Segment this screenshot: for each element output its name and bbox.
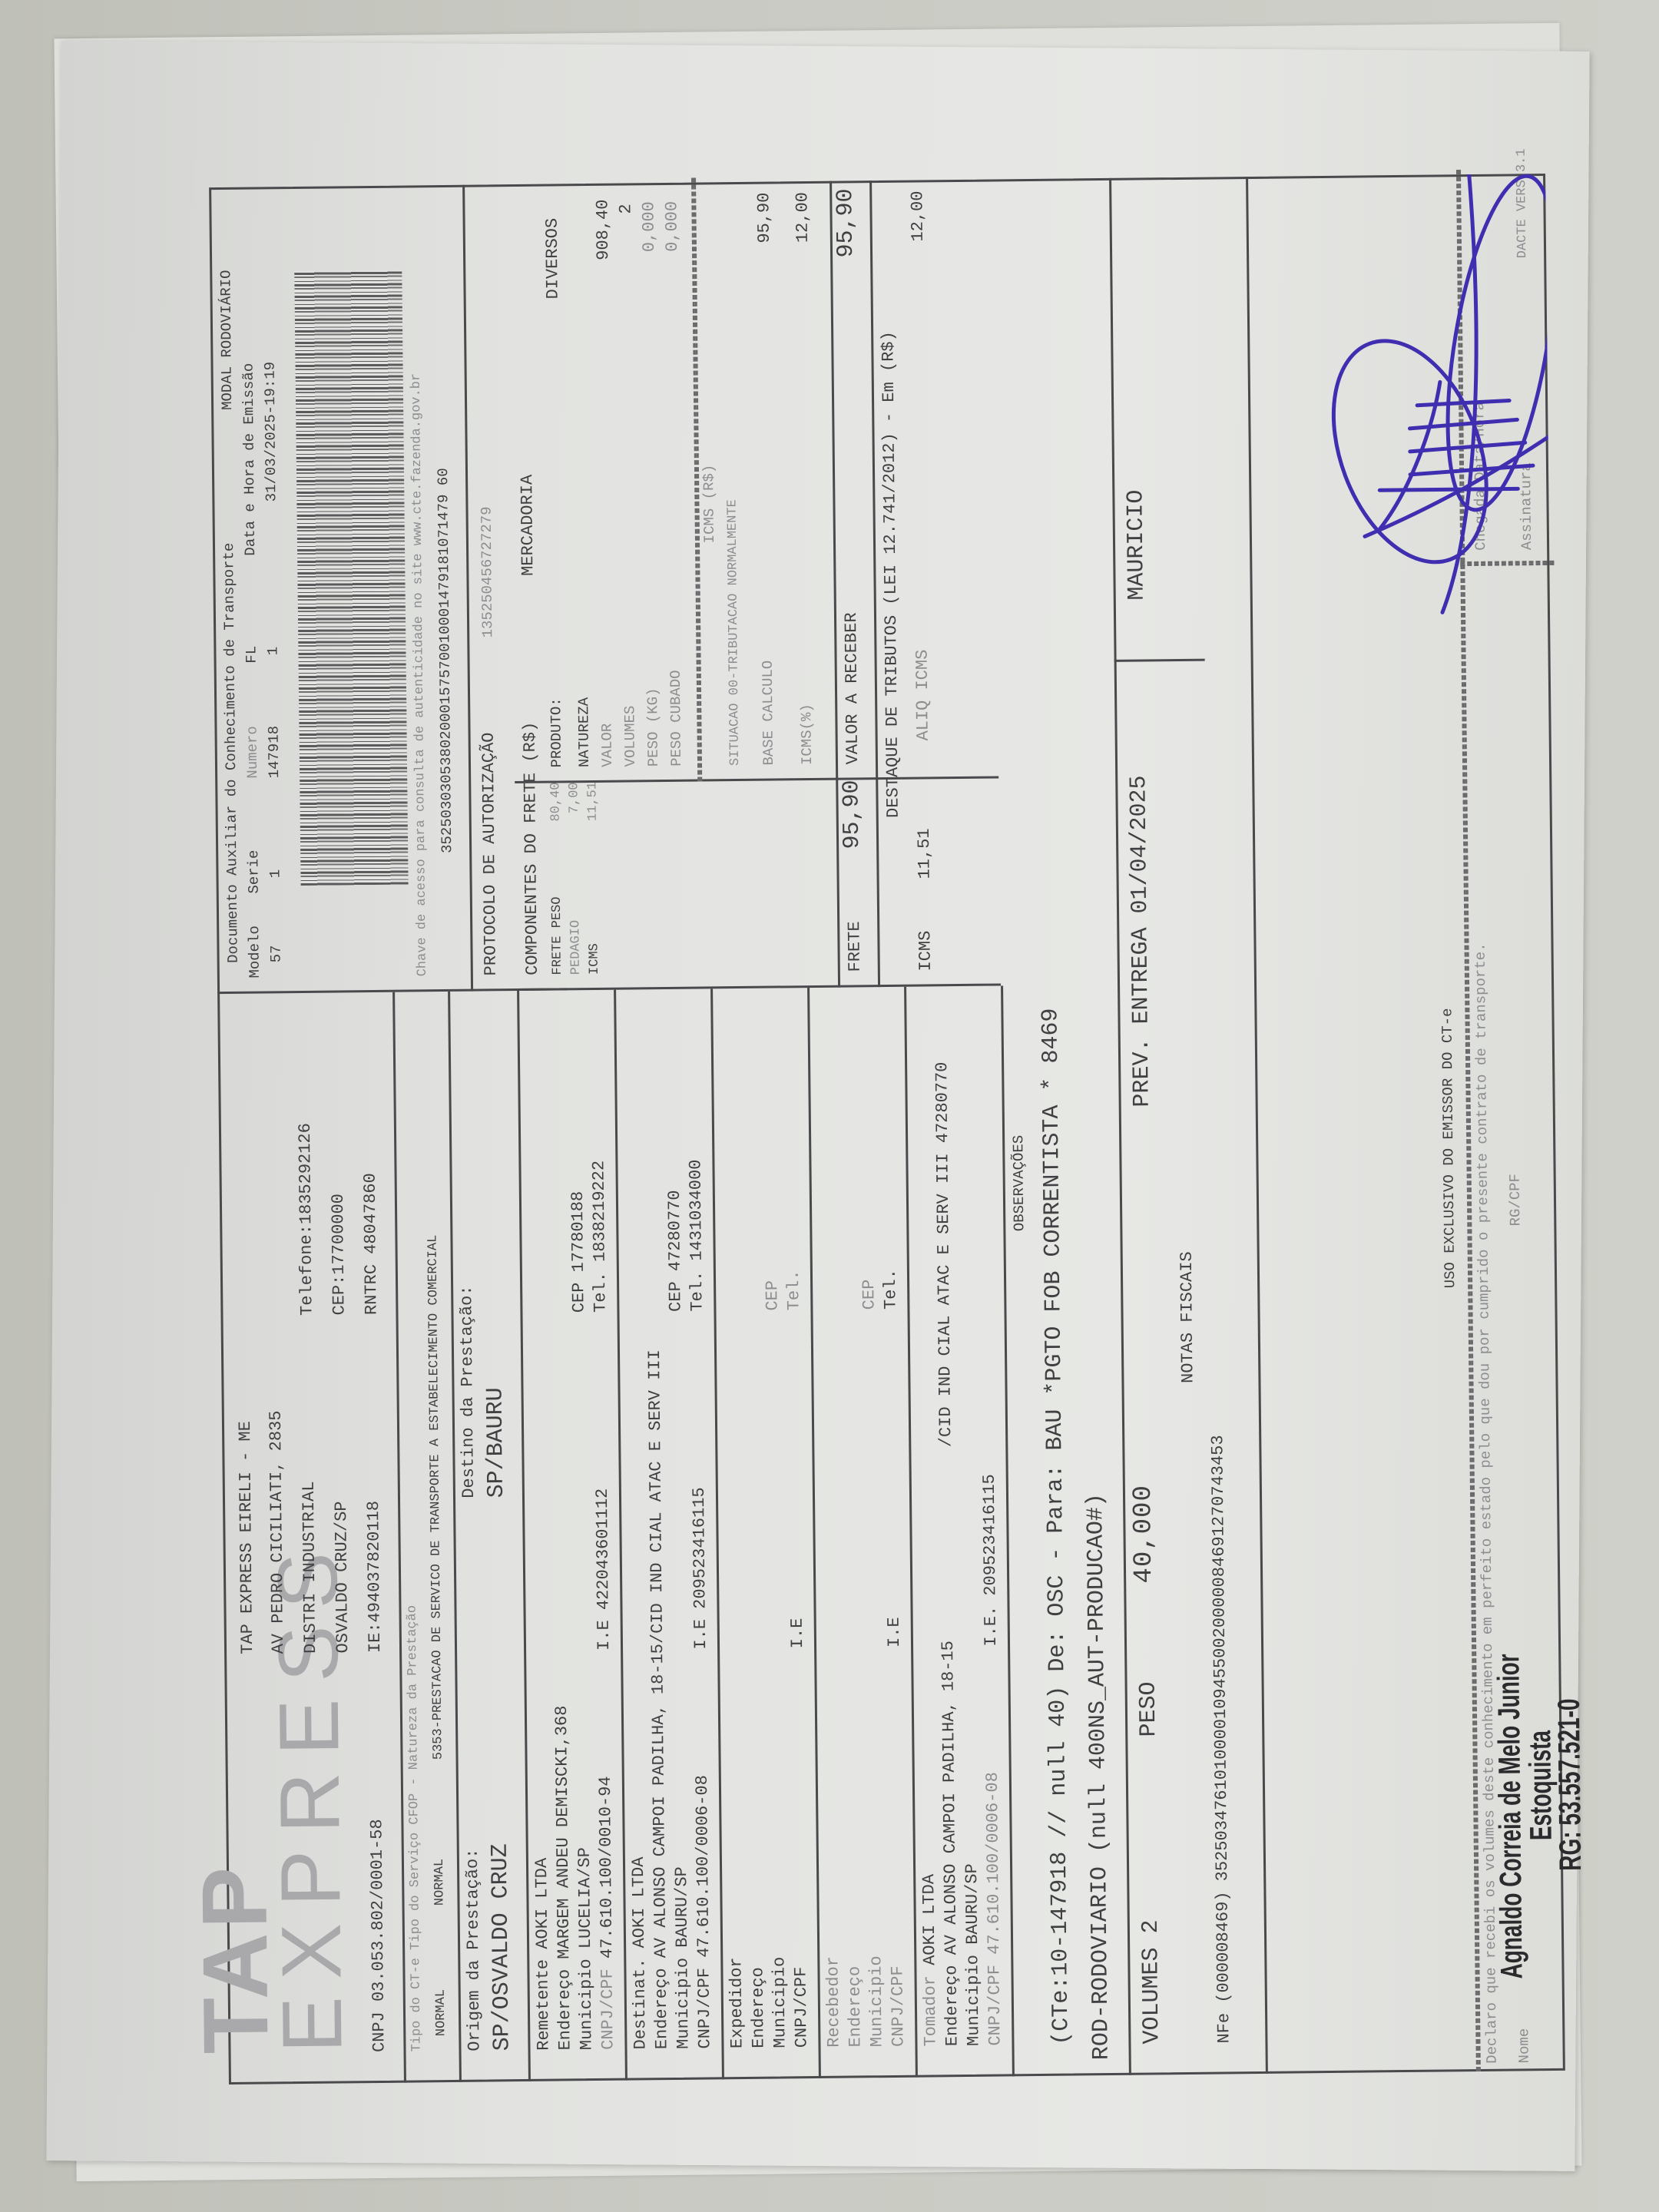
cte-type: NORMAL — [434, 1989, 449, 2036]
uso-exclusivo-label: USO EXCLUSIVO DO EMISSOR DO CT-e — [1439, 1008, 1459, 1288]
tomador-cnpj: 47.610.100/0006-08 — [983, 1772, 1004, 1955]
recebedor-label: Recebedor — [823, 1956, 843, 2048]
value-data-emissao: 31/03/2025-19:19 — [261, 362, 280, 502]
prev-entrega-label: PREV. ENTREGA — [1128, 927, 1155, 1107]
remetente-ie: I.E 422043601112 — [593, 1488, 614, 1651]
barcode — [294, 270, 408, 886]
remetente-municipio-label: Municipio — [576, 1959, 596, 2050]
destinatario-endereco-label: Endereço — [651, 1968, 671, 2049]
valor-receber-value: 95,90 — [833, 188, 859, 257]
volumes-summary-value: 2 — [1138, 1919, 1164, 1933]
destinatario-label: Destinat. — [630, 1958, 650, 2049]
label-data-emissao: Data e Hora de Emissão — [240, 363, 260, 556]
destinatario-cnpj-label: CNPJ/CPF — [694, 1968, 714, 2049]
tomador-label: Tomador — [921, 1975, 941, 2047]
expedidor-endereco-label: Endereço — [748, 1967, 768, 2048]
peso-cubado-value: 0,000 — [662, 201, 682, 252]
peso-cubado-label: PESO CUBADO — [667, 670, 685, 767]
value-modelo: 57 — [267, 945, 284, 962]
destinatario-name: AOKI LTDA — [629, 1856, 649, 1948]
notas-title: NOTAS FISCAIS — [1177, 1251, 1198, 1383]
observacoes-title: OBSERVAÇÕES — [1010, 1135, 1028, 1232]
tomador-municipio: BAURU/SP — [962, 1863, 982, 1945]
icms-comp-label: ICMS — [587, 943, 601, 975]
tomador-endereco: AV ALONSO CAMPOI PADILHA, 18-15 — [939, 1641, 961, 1955]
frete-components-title: COMPONENTES DO FRETE (R$) — [520, 722, 541, 975]
peso-kg-label: PESO (KG) — [644, 687, 662, 767]
nome-label: Nome — [1515, 2028, 1532, 2064]
expedidor-tel: Tel. — [784, 1270, 804, 1310]
tomador-name: AOKI LTDA — [919, 1874, 939, 1965]
icms-situacao: SITUACAO 00-TRIBUTACAO NORMALMENTE — [725, 499, 743, 766]
expedidor-cnpj-label: CNPJ/CPF — [791, 1966, 811, 2048]
divider — [1460, 561, 1554, 566]
produto-label: PRODUTO: — [548, 697, 565, 767]
remetente-municipio: LUCELIA/SP — [575, 1847, 595, 1949]
responsavel: MAURICIO — [1123, 489, 1151, 600]
base-calculo-label: BASE CALCULO — [760, 661, 777, 766]
protocol-value: 135250456727279 — [478, 506, 496, 637]
label-serie: Serie — [245, 849, 263, 893]
destinatario-ie: I.E 209523416115 — [690, 1487, 710, 1649]
produto-value: DIVERSOS — [543, 218, 563, 300]
issuer-phone: Telefone:1835292126 — [296, 1123, 317, 1316]
frete-total-label: FRETE — [845, 921, 865, 972]
remetente-cep: CEP 17780188 — [568, 1191, 589, 1313]
dacte-document: TAP EXPRESS TAP EXPRESS EIRELI - ME AV P… — [209, 174, 1565, 2085]
logo-tap: TAP — [196, 1862, 275, 2054]
destinatario-cnpj: 47.610.100/0006-08 — [693, 1775, 714, 1958]
assinatura-label: Assinatura — [1518, 462, 1535, 550]
recebedor-ie: I.E — [885, 1617, 904, 1647]
issuer-district: DISTRI INDUSTRIAL — [300, 1481, 320, 1654]
remetente-tel: Tel. 1838219222 — [589, 1161, 610, 1313]
recebedor-tel: Tel. — [881, 1269, 901, 1310]
tomador-cnpj-label: CNPJ/CPF — [985, 1965, 1005, 2046]
tributos-aliq-label: ALIQ ICMS — [912, 650, 932, 741]
remetente-cnpj-label: CNPJ/CPF — [598, 1969, 618, 2050]
tomador-ie: I.E. 209523416115 — [980, 1474, 1001, 1647]
valor-value: 908,40 — [593, 199, 613, 260]
expedidor-label: Expedidor — [727, 1957, 747, 2048]
rg-cpf-label: RG/CPF — [1507, 1174, 1525, 1227]
service-type: NORMAL — [432, 1859, 448, 1906]
mercadoria-title: MERCADORIA — [518, 475, 538, 576]
issuer-name: TAP EXPRESS EIRELI - ME — [236, 1421, 257, 1654]
valor-label: VALOR — [598, 724, 616, 767]
tomador-endereco-label: Endereço — [942, 1965, 962, 2046]
peso-summary-label: PESO — [1136, 1681, 1163, 1737]
issuer-cep: CEP:17700000 — [329, 1194, 349, 1316]
icms-title: ICMS (R$) — [700, 465, 718, 544]
value-numero: 147918 — [265, 726, 283, 779]
origin-label: Origem da Prestação: — [463, 1849, 485, 2051]
frete-total-value: 95,90 — [839, 780, 866, 849]
destinatario-municipio-label: Municipio — [673, 1958, 693, 2049]
chegada-label: Chegada Data/Hora — [1471, 402, 1489, 551]
frete-peso-label: FRETE PESO — [550, 896, 565, 975]
remetente-cnpj: 47.610.100/0010-94 — [596, 1776, 617, 1959]
destinatario-municipio: BAURU/SP — [672, 1866, 692, 1948]
tomador-municipio-label: Municipio — [963, 1955, 983, 2046]
protocol-label: PROTOCOLO DE AUTORIZAÇÃO — [479, 732, 501, 975]
issuer-address: AV PEDRO CICILIATI, 2835 — [267, 1410, 288, 1654]
label-modelo: Modelo — [246, 926, 263, 979]
remetente-label: Remetente — [533, 1959, 553, 2051]
recebedor-cnpj-label: CNPJ/CPF — [888, 1965, 908, 2047]
dacte-version: DACTE VERS 3.1 — [1515, 148, 1530, 258]
issuer-city: OSVALDO CRUZ/SP — [332, 1501, 353, 1653]
valor-receber-label: VALOR A RECEBER — [842, 612, 863, 764]
volumes-label: VOLUMES — [621, 706, 639, 767]
destinatario-tel: Tel. 1431034000 — [686, 1159, 707, 1311]
destination-label: Destino da Prestação: — [457, 1285, 478, 1498]
icms-percent-label: ICMS(%) — [798, 704, 816, 765]
remetente-endereco: MARGEM ANDEU DEMISCKI,368 — [552, 1705, 574, 1959]
value-fl: 1 — [264, 647, 281, 656]
label-numero: Numero — [243, 726, 261, 779]
peso-summary-value: 40,000 — [1129, 1485, 1159, 1584]
label-fl: FL — [243, 646, 260, 664]
expedidor-municipio-label: Municipio — [770, 1957, 790, 2048]
icms-percent-value: 12,00 — [793, 192, 813, 243]
stamp-rg: RG: 53.557.521-0 — [1552, 1698, 1588, 1871]
tributos-icms-label: ICMS — [916, 931, 935, 972]
remetente-name: AOKI LTDA — [532, 1858, 552, 1949]
value-serie: 1 — [267, 869, 283, 879]
destination-value: SP/BAURU — [482, 1387, 510, 1498]
base-calculo-value: 95,90 — [754, 192, 774, 243]
pedagio-label: PEDAGIO — [568, 920, 584, 975]
tributos-aliq-value: 12,00 — [908, 190, 928, 241]
recebedor-endereco-label: Endereço — [845, 1966, 865, 2048]
issuer-rntrc: RNTRC 48047860 — [361, 1173, 382, 1315]
origin-value: SP/OSVALDO CRUZ — [488, 1843, 516, 2051]
volumes-summary-label: VOLUMES — [1138, 1947, 1165, 2044]
expedidor-ie: I.E — [788, 1618, 807, 1649]
icms-comp-value: 11,51 — [585, 782, 601, 821]
prev-entrega-value: 01/04/2025 — [1126, 775, 1154, 913]
tributos-icms-value: 11,51 — [915, 828, 935, 879]
recebedor-cep: CEP — [859, 1280, 879, 1310]
tomador-endereco-2: /CID IND CIAL ATAC E SERV III 47280770 — [932, 1061, 955, 1447]
natureza-label: NATUREZA — [575, 697, 593, 767]
remetente-endereco-label: Endereço — [555, 1969, 575, 2051]
recebedor-municipio-label: Municipio — [866, 1955, 886, 2047]
issuer-ie: IE:494037820118 — [364, 1501, 385, 1653]
frete-peso-value: 80,40 — [548, 782, 564, 821]
issuer-cnpj: CNPJ 03.053.802/0001-58 — [367, 1819, 389, 2052]
volumes-value: 2 — [616, 204, 635, 214]
header-modal: MODAL RODOVIÁRIO — [217, 270, 236, 410]
destinatario-cep: CEP 47280770 — [665, 1190, 686, 1312]
pedagio-value: 7,00 — [567, 782, 581, 813]
peso-kg-value: 0,000 — [639, 201, 659, 252]
expedidor-cep: CEP — [763, 1280, 782, 1311]
